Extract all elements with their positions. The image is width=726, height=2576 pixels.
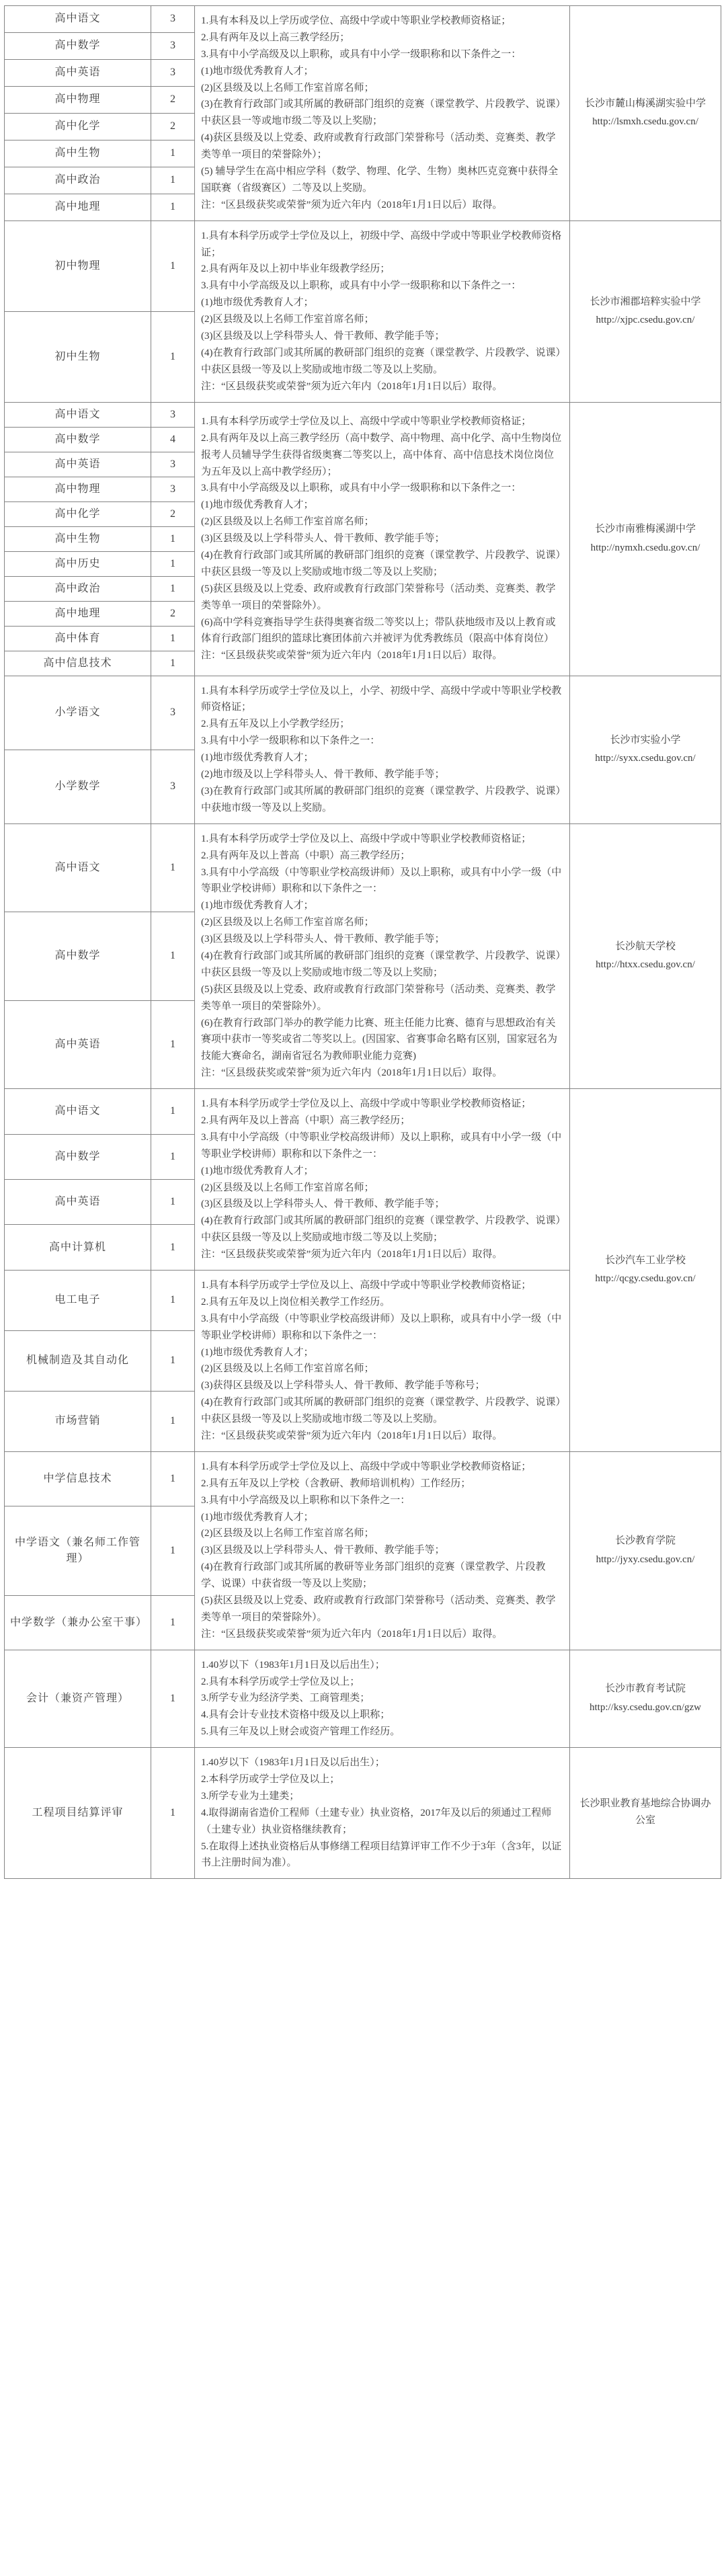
position-cell: 高中计算机 — [5, 1225, 151, 1271]
position-label: 高中政治 — [54, 174, 100, 186]
count-cell: 1 — [151, 220, 195, 311]
position-cell: 中学信息技术 — [5, 1451, 151, 1506]
position-cell: 高中英语 — [5, 452, 151, 477]
table-row: 高中语文11.具有本科学历或学士学位及以上、高级中学或中等职业学校教师资格证； … — [5, 823, 721, 912]
position-label: 高中化学 — [54, 120, 100, 132]
count-value: 1 — [170, 950, 175, 961]
position-cell: 初中物理 — [5, 220, 151, 311]
count-cell: 2 — [151, 501, 195, 526]
position-label: 高中数学 — [54, 1151, 100, 1162]
school-cell: 长沙航天学校http://htxx.csedu.gov.cn/ — [570, 823, 721, 1088]
count-cell: 1 — [151, 1748, 195, 1879]
count-cell: 1 — [151, 194, 195, 220]
school-name: 长沙市南雅梅溪湖中学 — [575, 521, 715, 538]
count-cell: 3 — [151, 6, 195, 33]
count-value: 3 — [170, 458, 175, 470]
table-row: 工程项目结算评审11.40岁以下（1983年1月1日及以后出生）； 2.本科学历… — [5, 1748, 721, 1879]
position-label: 高中英语 — [54, 458, 100, 470]
count-value: 4 — [170, 434, 175, 445]
count-cell: 1 — [151, 626, 195, 651]
position-cell: 高中化学 — [5, 501, 151, 526]
position-cell: 小学数学 — [5, 750, 151, 823]
table-row: 会计（兼资产管理）11.40岁以下（1983年1月1日及以后出生）； 2.具有本… — [5, 1650, 721, 1747]
count-value: 1 — [170, 583, 175, 594]
position-cell: 高中语文 — [5, 1089, 151, 1134]
position-cell: 高中语文 — [5, 823, 151, 912]
count-cell: 1 — [151, 167, 195, 194]
count-cell: 1 — [151, 526, 195, 551]
table-row: 中学信息技术11.具有本科学历或学士学位及以上、高级中学或中等职业学校教师资格证… — [5, 1451, 721, 1506]
count-value: 1 — [170, 1473, 175, 1484]
position-cell: 高中政治 — [5, 167, 151, 194]
count-cell: 1 — [151, 576, 195, 601]
position-label: 初中生物 — [54, 351, 100, 362]
position-cell: 工程项目结算评审 — [5, 1748, 151, 1879]
position-cell: 高中数学 — [5, 32, 151, 59]
position-label: 初中物理 — [54, 260, 100, 272]
position-cell: 高中数学 — [5, 912, 151, 1000]
position-label: 高中数学 — [54, 950, 100, 961]
requirements-cell: 1.40岁以下（1983年1月1日及以后出生）； 2.具有本科学历或学士学位及以… — [195, 1650, 570, 1747]
count-value: 1 — [170, 1196, 175, 1207]
count-cell: 1 — [151, 1000, 195, 1088]
position-cell: 高中地理 — [5, 194, 151, 220]
school-cell: 长沙市麓山梅溪湖实验中学http://lsmxh.csedu.gov.cn/ — [570, 6, 721, 221]
position-cell: 高中地理 — [5, 601, 151, 626]
position-label: 高中信息技术 — [43, 657, 112, 669]
school-name: 长沙教育学院 — [575, 1533, 715, 1550]
count-cell: 1 — [151, 1180, 195, 1225]
position-cell: 高中生物 — [5, 140, 151, 167]
position-label: 高中计算机 — [49, 1242, 106, 1253]
requirements-cell: 1.具有本科学历或学士学位及以上、高级中学或中等职业学校教师资格证； 2.具有五… — [195, 1270, 570, 1451]
position-label: 高中地理 — [54, 608, 100, 619]
school-name: 长沙汽车工业学校 — [575, 1252, 715, 1270]
count-value: 1 — [170, 1415, 175, 1426]
position-cell: 高中英语 — [5, 59, 151, 86]
count-value: 1 — [170, 174, 175, 186]
position-cell: 高中历史 — [5, 551, 151, 576]
position-label: 中学数学（兼办公室干事） — [10, 1617, 147, 1628]
count-cell: 3 — [151, 452, 195, 477]
position-label: 高中物理 — [54, 483, 100, 495]
position-cell: 高中语文 — [5, 402, 151, 427]
count-cell: 1 — [151, 551, 195, 576]
requirements-cell: 1.具有本科学历或学士学位及以上，小学、初级中学、高级中学或中等职业学校教师资格… — [195, 676, 570, 823]
count-value: 3 — [170, 409, 175, 420]
count-cell: 1 — [151, 140, 195, 167]
count-cell: 3 — [151, 402, 195, 427]
position-cell: 会计（兼资产管理） — [5, 1650, 151, 1747]
school-url: http://jyxy.csedu.gov.cn/ — [575, 1552, 715, 1569]
position-cell: 高中数学 — [5, 1134, 151, 1179]
position-cell: 中学语文（兼名师工作管理） — [5, 1506, 151, 1595]
school-name: 长沙市实验小学 — [575, 732, 715, 750]
position-label: 高中生物 — [54, 533, 100, 545]
school-cell: 长沙职业教育基地综合协调办公室 — [570, 1748, 721, 1879]
position-label: 高中英语 — [54, 67, 100, 78]
position-cell: 初中生物 — [5, 311, 151, 402]
count-cell: 2 — [151, 113, 195, 140]
recruitment-table: 高中语文31.具有本科及以上学历或学位、高级中学或中等职业学校教师资格证； 2.… — [4, 5, 721, 1879]
position-label: 高中语文 — [54, 409, 100, 420]
count-value: 1 — [170, 633, 175, 644]
count-value: 3 — [170, 483, 175, 495]
count-cell: 1 — [151, 651, 195, 676]
count-value: 1 — [170, 1151, 175, 1162]
count-cell: 3 — [151, 32, 195, 59]
position-label: 工程项目结算评审 — [32, 1807, 123, 1818]
position-label: 小学数学 — [54, 780, 100, 792]
count-value: 2 — [170, 120, 175, 132]
count-value: 3 — [170, 13, 175, 24]
count-value: 1 — [170, 533, 175, 545]
count-value: 1 — [170, 1242, 175, 1253]
school-name: 长沙市湘郡培粹实验中学 — [575, 294, 715, 311]
count-value: 2 — [170, 508, 175, 520]
position-label: 中学语文（兼名师工作管理） — [15, 1537, 140, 1564]
count-cell: 3 — [151, 477, 195, 501]
school-url: http://lsmxh.csedu.gov.cn/ — [575, 114, 715, 131]
count-value: 2 — [170, 608, 175, 619]
school-cell: 长沙汽车工业学校http://qcgy.csedu.gov.cn/ — [570, 1089, 721, 1452]
count-cell: 1 — [151, 1134, 195, 1179]
position-label: 高中政治 — [54, 583, 100, 594]
table-row: 高中语文31.具有本科学历或学士学位及以上、高级中学或中等职业学校教师资格证； … — [5, 402, 721, 427]
count-value: 3 — [170, 40, 175, 51]
school-name: 长沙市教育考试院 — [575, 1681, 715, 1698]
school-url: http://qcgy.csedu.gov.cn/ — [575, 1271, 715, 1288]
count-value: 1 — [170, 1693, 175, 1704]
position-cell: 高中生物 — [5, 526, 151, 551]
position-label: 高中化学 — [54, 508, 100, 520]
position-label: 小学语文 — [54, 707, 100, 718]
school-name: 长沙航天学校 — [575, 938, 715, 956]
school-url: http://xjpc.csedu.gov.cn/ — [575, 312, 715, 329]
count-value: 3 — [170, 67, 175, 78]
position-cell: 高中英语 — [5, 1180, 151, 1225]
count-cell: 1 — [151, 1595, 195, 1650]
position-label: 高中物理 — [54, 93, 100, 105]
count-value: 1 — [170, 260, 175, 272]
requirements-cell: 1.具有本科及以上学历或学位、高级中学或中等职业学校教师资格证； 2.具有两年及… — [195, 6, 570, 221]
position-cell: 机械制造及其自动化 — [5, 1330, 151, 1391]
position-cell: 高中信息技术 — [5, 651, 151, 676]
count-cell: 2 — [151, 86, 195, 113]
position-cell: 市场营销 — [5, 1391, 151, 1451]
requirements-cell: 1.具有本科学历或学士学位及以上、高级中学或中等职业学校教师资格证； 2.具有两… — [195, 823, 570, 1088]
requirements-cell: 1.具有本科学历或学士学位及以上、高级中学或中等职业学校教师资格证； 2.具有五… — [195, 1451, 570, 1650]
count-cell: 1 — [151, 1089, 195, 1134]
position-cell: 高中体育 — [5, 626, 151, 651]
position-cell: 高中化学 — [5, 113, 151, 140]
requirements-cell: 1.具有本科学历或学士学位及以上、高级中学或中等职业学校教师资格证； 2.具有两… — [195, 1089, 570, 1271]
school-cell: 长沙市南雅梅溪湖中学http://nymxh.csedu.gov.cn/ — [570, 402, 721, 676]
position-label: 高中体育 — [54, 633, 100, 644]
count-value: 3 — [170, 780, 175, 792]
requirements-cell: 1.40岁以下（1983年1月1日及以后出生）； 2.本科学历或学士学位及以上；… — [195, 1748, 570, 1879]
count-cell: 1 — [151, 1225, 195, 1271]
school-url: http://ksy.csedu.gov.cn/gzw — [575, 1699, 715, 1717]
position-label: 高中语文 — [54, 13, 100, 24]
table-row: 小学语文31.具有本科学历或学士学位及以上，小学、初级中学、高级中学或中等职业学… — [5, 676, 721, 750]
school-cell: 长沙教育学院http://jyxy.csedu.gov.cn/ — [570, 1451, 721, 1650]
position-cell: 高中物理 — [5, 477, 151, 501]
school-cell: 长沙市教育考试院http://ksy.csedu.gov.cn/gzw — [570, 1650, 721, 1747]
requirements-cell: 1.具有本科学历或学士学位及以上、高级中学或中等职业学校教师资格证； 2.具有两… — [195, 402, 570, 676]
position-cell: 高中物理 — [5, 86, 151, 113]
count-cell: 1 — [151, 1330, 195, 1391]
position-label: 高中历史 — [54, 558, 100, 569]
position-cell: 电工电子 — [5, 1270, 151, 1330]
position-label: 高中数学 — [54, 434, 100, 445]
count-cell: 1 — [151, 311, 195, 402]
count-value: 1 — [170, 1039, 175, 1050]
position-label: 高中英语 — [54, 1196, 100, 1207]
count-value: 1 — [170, 1105, 175, 1117]
count-cell: 1 — [151, 1451, 195, 1506]
page: 高中语文31.具有本科及以上学历或学位、高级中学或中等职业学校教师资格证； 2.… — [0, 0, 726, 1887]
table-row: 初中物理11.具有本科学历或学士学位及以上，初级中学、高级中学或中等职业学校教师… — [5, 220, 721, 311]
count-cell: 1 — [151, 1650, 195, 1747]
count-cell: 1 — [151, 823, 195, 912]
position-label: 高中语文 — [54, 1105, 100, 1117]
position-cell: 高中英语 — [5, 1000, 151, 1088]
position-cell: 中学数学（兼办公室干事） — [5, 1595, 151, 1650]
count-cell: 3 — [151, 59, 195, 86]
count-cell: 3 — [151, 676, 195, 750]
count-value: 1 — [170, 1617, 175, 1628]
count-value: 1 — [170, 558, 175, 569]
position-cell: 小学语文 — [5, 676, 151, 750]
count-value: 2 — [170, 93, 175, 105]
count-value: 1 — [170, 1294, 175, 1305]
count-value: 1 — [170, 351, 175, 362]
table-row: 高中语文31.具有本科及以上学历或学位、高级中学或中等职业学校教师资格证； 2.… — [5, 6, 721, 33]
count-cell: 1 — [151, 1270, 195, 1330]
count-cell: 3 — [151, 750, 195, 823]
count-value: 1 — [170, 862, 175, 873]
school-cell: 长沙市湘郡培粹实验中学http://xjpc.csedu.gov.cn/ — [570, 220, 721, 402]
school-name: 长沙市麓山梅溪湖实验中学 — [575, 95, 715, 113]
count-value: 1 — [170, 1807, 175, 1818]
school-name: 长沙职业教育基地综合协调办公室 — [575, 1796, 715, 1830]
position-label: 机械制造及其自动化 — [26, 1355, 129, 1366]
count-cell: 1 — [151, 912, 195, 1000]
table-row: 高中语文11.具有本科学历或学士学位及以上、高级中学或中等职业学校教师资格证； … — [5, 1089, 721, 1134]
count-cell: 2 — [151, 601, 195, 626]
recruitment-table-body: 高中语文31.具有本科及以上学历或学位、高级中学或中等职业学校教师资格证； 2.… — [5, 6, 721, 1879]
count-cell: 1 — [151, 1506, 195, 1595]
position-label: 高中英语 — [54, 1039, 100, 1050]
position-label: 市场营销 — [54, 1415, 100, 1426]
position-label: 高中生物 — [54, 147, 100, 159]
position-label: 中学信息技术 — [43, 1473, 112, 1484]
school-cell: 长沙市实验小学http://syxx.csedu.gov.cn/ — [570, 676, 721, 823]
school-url: http://syxx.csedu.gov.cn/ — [575, 750, 715, 768]
position-cell: 高中数学 — [5, 427, 151, 452]
count-cell: 4 — [151, 427, 195, 452]
position-label: 高中数学 — [54, 40, 100, 51]
count-value: 1 — [170, 657, 175, 669]
count-value: 1 — [170, 1545, 175, 1556]
position-label: 高中地理 — [54, 201, 100, 212]
count-cell: 1 — [151, 1391, 195, 1451]
position-label: 电工电子 — [54, 1294, 100, 1305]
count-value: 1 — [170, 201, 175, 212]
position-cell: 高中政治 — [5, 576, 151, 601]
school-url: http://nymxh.csedu.gov.cn/ — [575, 540, 715, 557]
position-label: 高中语文 — [54, 862, 100, 873]
count-value: 3 — [170, 707, 175, 718]
position-label: 会计（兼资产管理） — [26, 1693, 129, 1704]
school-url: http://htxx.csedu.gov.cn/ — [575, 957, 715, 974]
count-value: 1 — [170, 147, 175, 159]
count-value: 1 — [170, 1355, 175, 1366]
requirements-cell: 1.具有本科学历或学士学位及以上，初级中学、高级中学或中等职业学校教师资格证； … — [195, 220, 570, 402]
position-cell: 高中语文 — [5, 6, 151, 33]
